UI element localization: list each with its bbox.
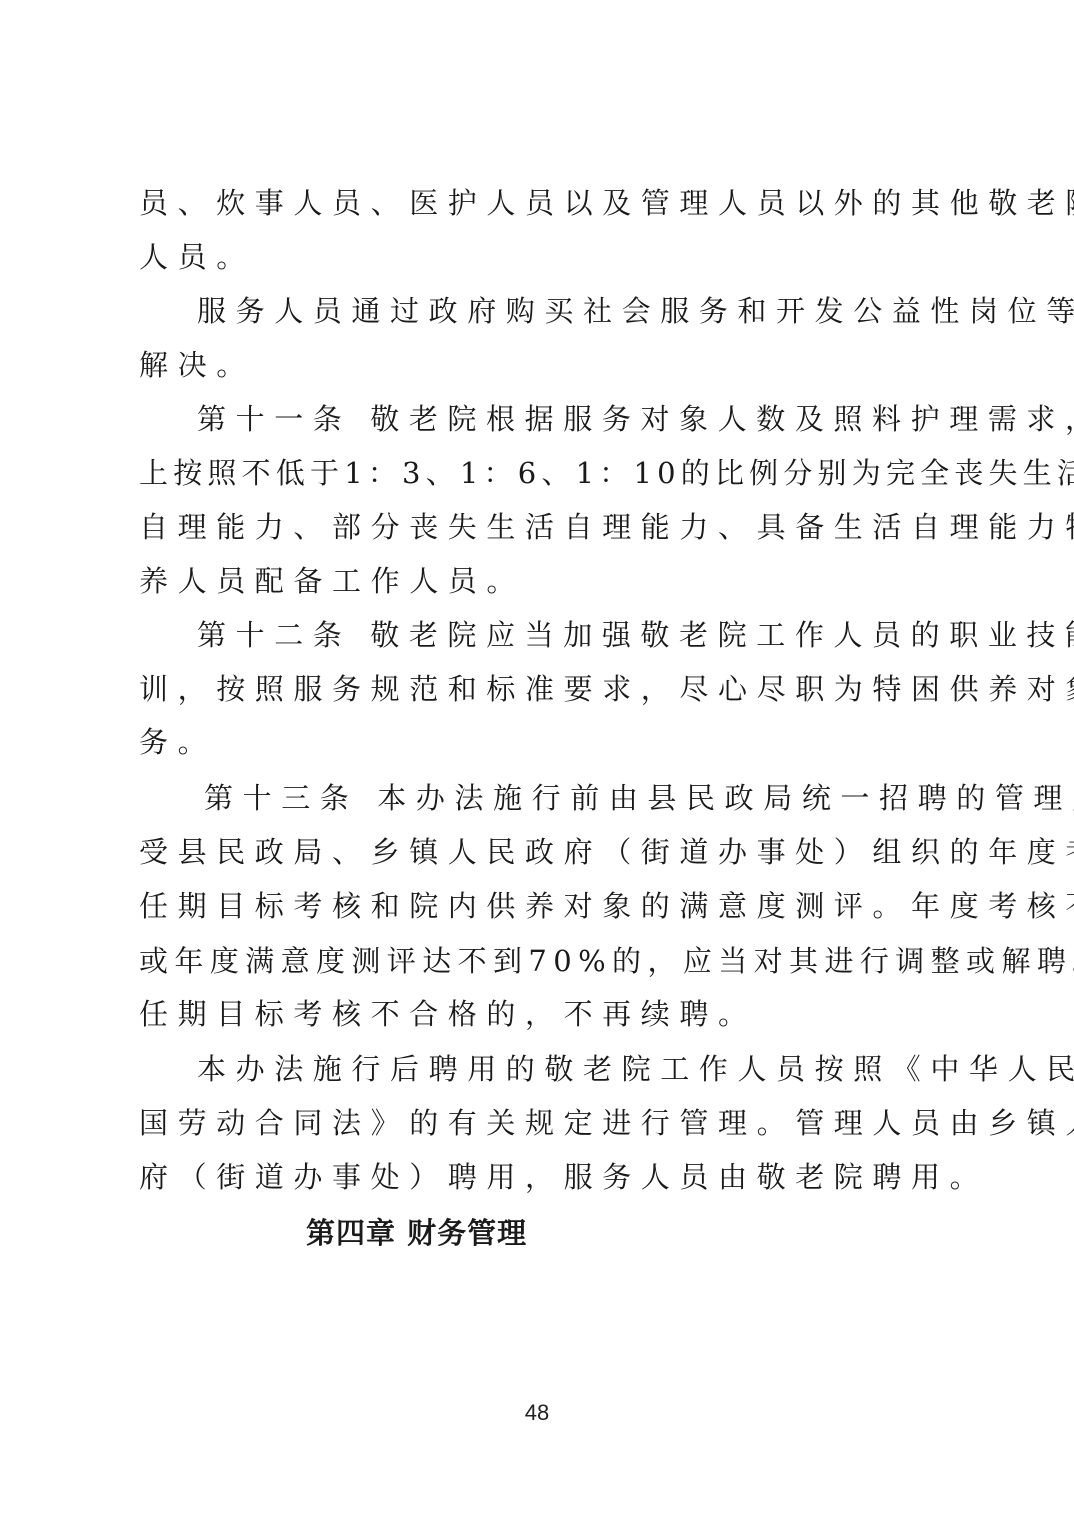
page-number: 48	[0, 1400, 1074, 1426]
text-line: 解决。	[139, 345, 255, 385]
text-line: 员、炊事人员、医护人员以及管理人员以外的其他敬老院工作	[139, 183, 1074, 223]
article-13-start: 第十三条 本办法施行前由县民政局统一招聘的管理人员接	[204, 778, 1074, 818]
text-line: 务。	[139, 722, 216, 762]
text-line: 人员。	[139, 237, 255, 277]
text-line: 任期目标考核和院内供养对象的满意度测评。年度考核不称职	[139, 886, 1074, 926]
text-line: 任期目标考核不合格的，不再续聘。	[139, 994, 757, 1034]
text-line: 自理能力、部分丧失生活自理能力、具备生活自理能力特困供	[139, 507, 1074, 547]
text-line: 养人员配备工作人员。	[139, 561, 525, 601]
text-line: 训，按照服务规范和标准要求，尽心尽职为特困供养对象服	[139, 669, 1074, 709]
article-12-start: 第十二条 敬老院应当加强敬老院工作人员的职业技能培	[197, 615, 1074, 655]
text-line: 府（街道办事处）聘用，服务人员由敬老院聘用。	[139, 1157, 988, 1197]
paragraph-start: 服务人员通过政府购买社会服务和开发公益性岗位等方式	[197, 291, 1074, 331]
article-11-start: 第十一条 敬老院根据服务对象人数及照料护理需求，原则	[197, 399, 1074, 439]
chapter-heading: 第四章 财务管理	[306, 1213, 527, 1253]
document-page: 员、炊事人员、医护人员以及管理人员以外的其他敬老院工作 人员。 服务人员通过政府…	[0, 0, 1074, 1520]
text-line: 或年度满意度测评达不到70%的，应当对其进行调整或解聘。	[139, 941, 1074, 981]
text-line: 受县民政局、乡镇人民政府（街道办事处）组织的年度考核、	[139, 832, 1074, 872]
text-line: 国劳动合同法》的有关规定进行管理。管理人员由乡镇人民政	[139, 1103, 1074, 1143]
text-line: 上按照不低于1：3、1：6、1：10的比例分别为完全丧失生活	[139, 453, 1074, 493]
paragraph-start: 本办法施行后聘用的敬老院工作人员按照《中华人民共和	[197, 1049, 1074, 1089]
